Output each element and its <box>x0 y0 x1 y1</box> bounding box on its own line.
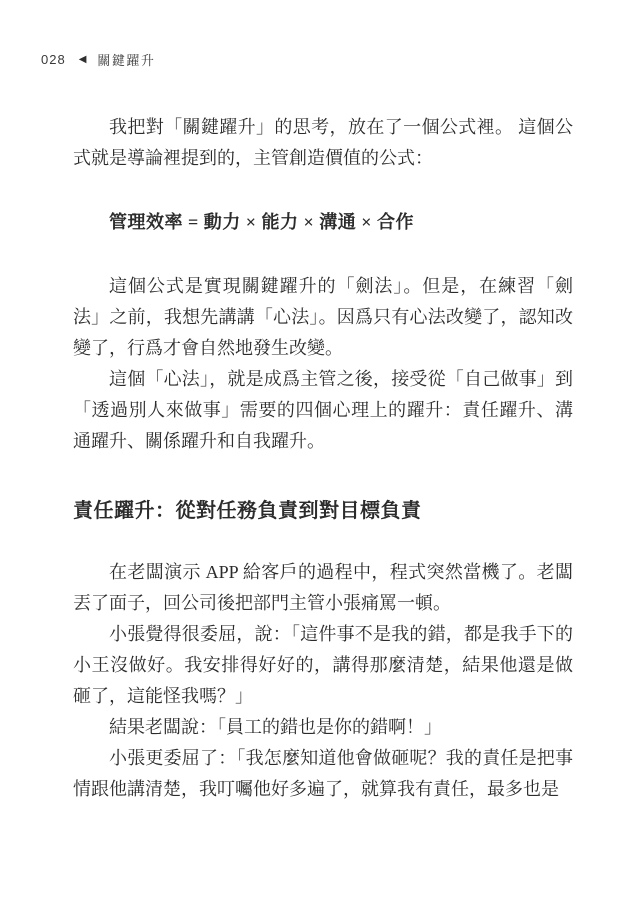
management-efficiency-formula: 管理效率 = 動力 × 能力 × 溝通 × 合作 <box>73 207 573 238</box>
paragraph-xiaozhang-more-aggrieved: 小張更委屈了：「我怎麼知道他會做砸呢？我的責任是把事情跟他講清楚，我叮囑他好多遍… <box>73 743 573 805</box>
paragraph-boss-demo: 在老闆演示 APP 給客戶的過程中，程式突然當機了。老闆丟了面子，回公司後把部門… <box>73 557 573 619</box>
book-page: 028 ◀ 關鍵躍升 我把對「關鍵躍升」的思考，放在了一個公式裡。 這個公式就是… <box>0 0 632 900</box>
section-heading-responsibility-leap: 責任躍升：從對任務負責到對目標負責 <box>73 495 573 527</box>
paragraph-intro-formula: 我把對「關鍵躍升」的思考，放在了一個公式裡。 這個公式就是導論裡提到的，主管創造… <box>73 112 573 174</box>
paragraph-boss-reply: 結果老闆說：「員工的錯也是你的錯啊！」 <box>73 712 573 743</box>
book-title: 關鍵躍升 <box>97 50 155 69</box>
running-header: 028 ◀ 關鍵躍升 <box>41 50 155 69</box>
paragraph-mind-method: 這個「心法」，就是成爲主管之後，接受從「自己做事」到「透過別人來做事」需要的四個… <box>73 364 573 457</box>
paragraph-sword-method: 這個公式是實現關鍵躍升的「劍法」。但是，在練習「劍法」之前，我想先講講「心法」。… <box>73 271 573 364</box>
page-number: 028 <box>41 52 66 67</box>
left-triangle-icon: ◀ <box>79 55 87 65</box>
page-content: 我把對「關鍵躍升」的思考，放在了一個公式裡。 這個公式就是導論裡提到的，主管創造… <box>73 112 573 805</box>
paragraph-xiaozhang-complaint: 小張覺得很委屈，說：「這件事不是我的錯，都是我手下的小王沒做好。我安排得好好的，… <box>73 619 573 712</box>
